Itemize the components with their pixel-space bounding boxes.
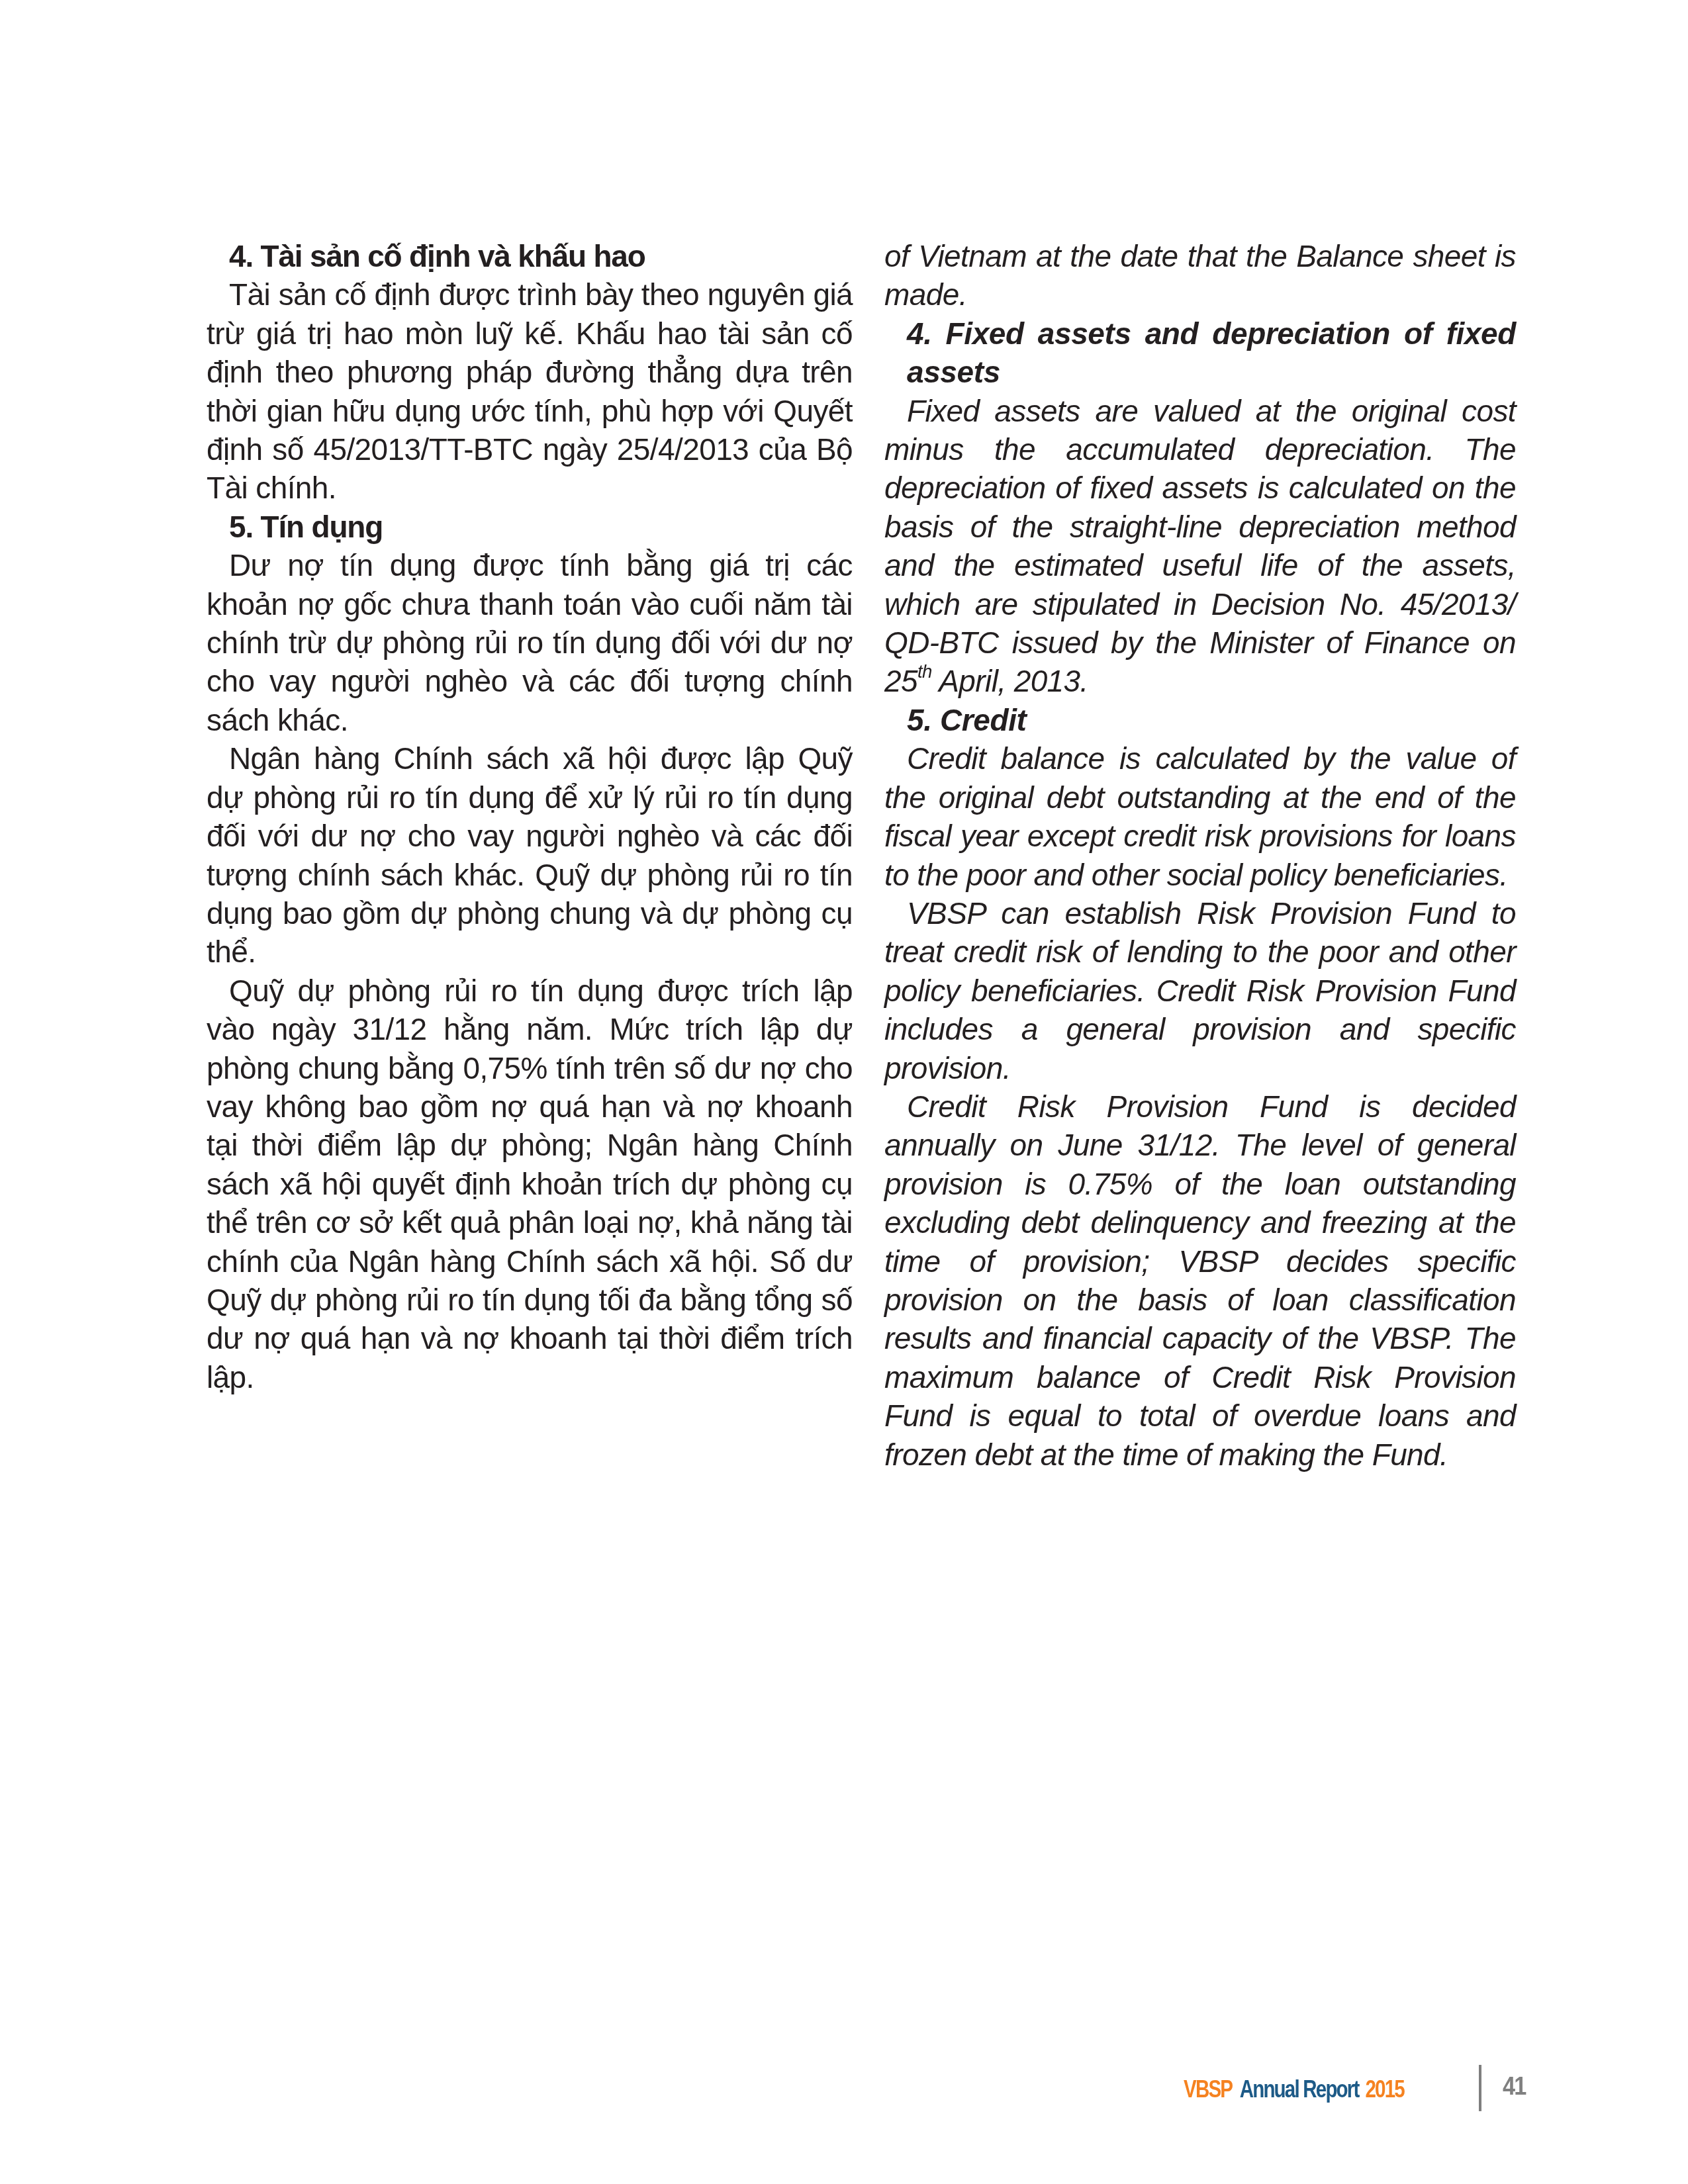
paragraph-fixed-assets-en-end: April, 2013.	[932, 664, 1088, 698]
heading-credit-vi: 5. Tín dụng	[207, 508, 853, 546]
page-footer: VBSPAnnual Report2015 41	[1125, 2064, 1556, 2116]
brand-year: 2015	[1365, 2075, 1403, 2103]
brand-vbsp: VBSP	[1184, 2075, 1232, 2103]
paragraph-credit-vi-2: Ngân hàng Chính sách xã hội được lập Quỹ…	[207, 739, 853, 971]
paragraph-credit-en-2: VBSP can establish Risk Provision Fund t…	[884, 894, 1516, 1087]
paragraph-fixed-assets-en: Fixed assets are valued at the original …	[884, 392, 1516, 701]
paragraph-credit-vi-1: Dư nợ tín dụng được tính bằng giá trị cá…	[207, 546, 853, 739]
heading-credit-en: 5. Credit	[884, 701, 1516, 739]
vietnamese-column: 4. Tài sản cố định và khấu hao Tài sản c…	[207, 237, 853, 1396]
heading-fixed-assets-en: 4. Fixed assets and depreciation of fixe…	[884, 314, 1516, 392]
paragraph-credit-en-3: Credit Risk Provision Fund is decided an…	[884, 1087, 1516, 1474]
ordinal-suffix: th	[917, 662, 932, 682]
footer-divider	[1479, 2065, 1481, 2111]
report-brand: VBSPAnnual Report2015	[1184, 2075, 1404, 2103]
english-column: of Vietnam at the date that the Balance …	[884, 237, 1516, 1474]
heading-fixed-assets-vi: 4. Tài sản cố định và khấu hao	[207, 237, 853, 275]
brand-annual-report: Annual Report	[1240, 2075, 1359, 2103]
paragraph-continuation-en: of Vietnam at the date that the Balance …	[884, 237, 1516, 314]
paragraph-credit-en-1: Credit balance is calculated by the valu…	[884, 739, 1516, 894]
page-number: 41	[1503, 2073, 1525, 2101]
paragraph-fixed-assets-en-main: Fixed assets are valued at the original …	[884, 394, 1516, 699]
paragraph-credit-vi-3: Quỹ dự phòng rủi ro tín dụng được trích …	[207, 972, 853, 1396]
paragraph-fixed-assets-vi: Tài sản cố định được trình bày theo nguy…	[207, 275, 853, 507]
